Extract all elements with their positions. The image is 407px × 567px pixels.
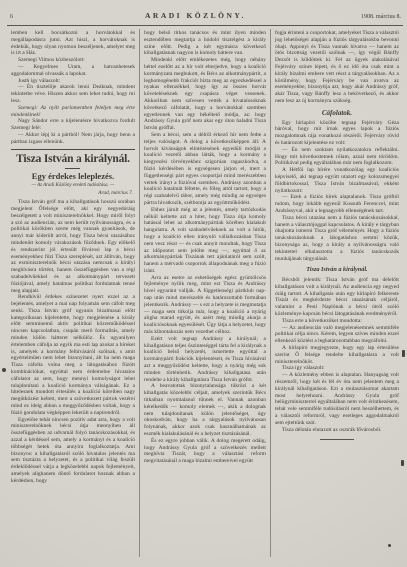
article-subhead: Egy érdekes leleplezés. [11, 172, 135, 181]
page-number: 6 [10, 14, 70, 20]
paragraph: — Akkor lépj ki a pártból! Nem járja, ho… [11, 132, 135, 146]
paragraph: — Az audiencián való megjelenésemnek sem… [275, 325, 399, 345]
section-head-cafolatok: Cáfolatok. [275, 110, 399, 117]
column-right: fogja érinteni a csoportokat, amelyeket … [271, 29, 403, 557]
paragraph: Rendkívül érdekes színezetet nyert ezzel… [11, 294, 135, 416]
paragraph: Bécsből jelentik: Tisza István gróf ma d… [275, 277, 399, 318]
ink-speck [401, 460, 404, 466]
masthead: 6 ARADI KÖZLÖNY. 1908. március 8. [10, 11, 401, 20]
paragraph: A beavatottak bizonytalansága tükrözi a … [144, 383, 266, 437]
paragraph: Arra az esetre az eshetőségek egész gyüm… [144, 275, 266, 336]
paragraph: fogja érinteni a csoportokat, amelyeket … [275, 30, 399, 105]
paragraph: Nagy Sándor erre a kijelentésre hivatkoz… [11, 118, 135, 132]
paragraph: — Én tisztelője akarok lenni Deáknak, mi… [11, 84, 135, 104]
paragraph: — A közlemény ebben is alaptalan. Hanyag… [275, 372, 399, 426]
paragraph: lemben kell bocsátkozni a horvátokkal és… [11, 30, 135, 57]
paragraph: Szemegi Vilmos közbeszólott: [11, 57, 135, 64]
article-end-rule [320, 439, 354, 440]
ink-speck [2, 368, 6, 372]
article-dateline: Arad, március 7. [11, 190, 133, 197]
paragraph: Egyelőre tehát nincsen pozitív adat arra… [11, 417, 135, 485]
paragraph: A Hétfői lap hírére vonatkozólag egy koa… [275, 167, 399, 194]
paragraph: Sem a bécsi, sem a délről érkező hír nem… [144, 132, 266, 207]
paragraph: Szemegi: Az nyílt parlamentben feleljen … [11, 105, 135, 119]
text-columns: lemben kell bocsátkozni a horvátokkal és… [7, 29, 403, 557]
paragraph: — Én nem szoktam nyilatkozatokra reflekt… [275, 147, 399, 167]
newspaper-page: 6 ARADI KÖZLÖNY. 1908. március 8. lemben… [0, 0, 407, 567]
paragraph: Tisza erre a következőket mondotta: [275, 318, 399, 325]
paragraph: Ehhez járult még az a jelentés, amely ta… [144, 207, 266, 275]
headline-divider [65, 168, 80, 169]
ink-speck [402, 350, 405, 357]
paragraph: A hírlapíró megjegyezte, hogy egy lap ér… [275, 345, 399, 365]
article-headline: Tisza István a királynál. [11, 153, 135, 166]
paragraph: Egy hírlapíró közölte tegnap Fejérváry G… [275, 120, 399, 147]
paper-title: ARADI KÖZLÖNY. [70, 11, 321, 20]
article-credit-line: — Az Aradi Közlöny eredeti tudósítása. — [11, 183, 135, 190]
paragraph: hogy belső titkos tanácsos és mint ilyen… [144, 30, 266, 57]
column-middle: hogy belső titkos tanácsos és mint ilyen… [139, 29, 271, 557]
paragraph: Ezért volt tegnap Andrássy a királynál; … [144, 336, 266, 384]
paragraph: Tisza bécsi utazása nem a fúziós tanácsk… [275, 215, 399, 263]
paragraph: Mindenki előtt emlékezetes még, hogy néh… [144, 57, 266, 132]
masthead-rule [7, 25, 403, 26]
issue-date: 1908. március 8. [321, 14, 401, 20]
paragraph: — Ezek a fúziós hírek alaptalanok. Tisza… [275, 194, 399, 214]
paragraph: Tisza István gróf ma a kihallgatások hos… [11, 199, 135, 294]
article-top-rule [11, 149, 135, 150]
paragraph: Tisza délután elutazott az osztrák fővár… [275, 427, 399, 434]
column-left: lemben kell bocsátkozni a horvátokkal és… [7, 29, 139, 557]
paragraph: És ez egyre jobban válik. A dolog megére… [144, 438, 266, 465]
section-head-kiralynal: Tisza István a királynál. [275, 267, 399, 274]
ink-speck [388, 544, 391, 547]
paragraph: Tisza így válaszolt: [275, 365, 399, 372]
paragraph: — Kegyelmes Uram, a hatvanhetesek aggoda… [11, 64, 135, 78]
